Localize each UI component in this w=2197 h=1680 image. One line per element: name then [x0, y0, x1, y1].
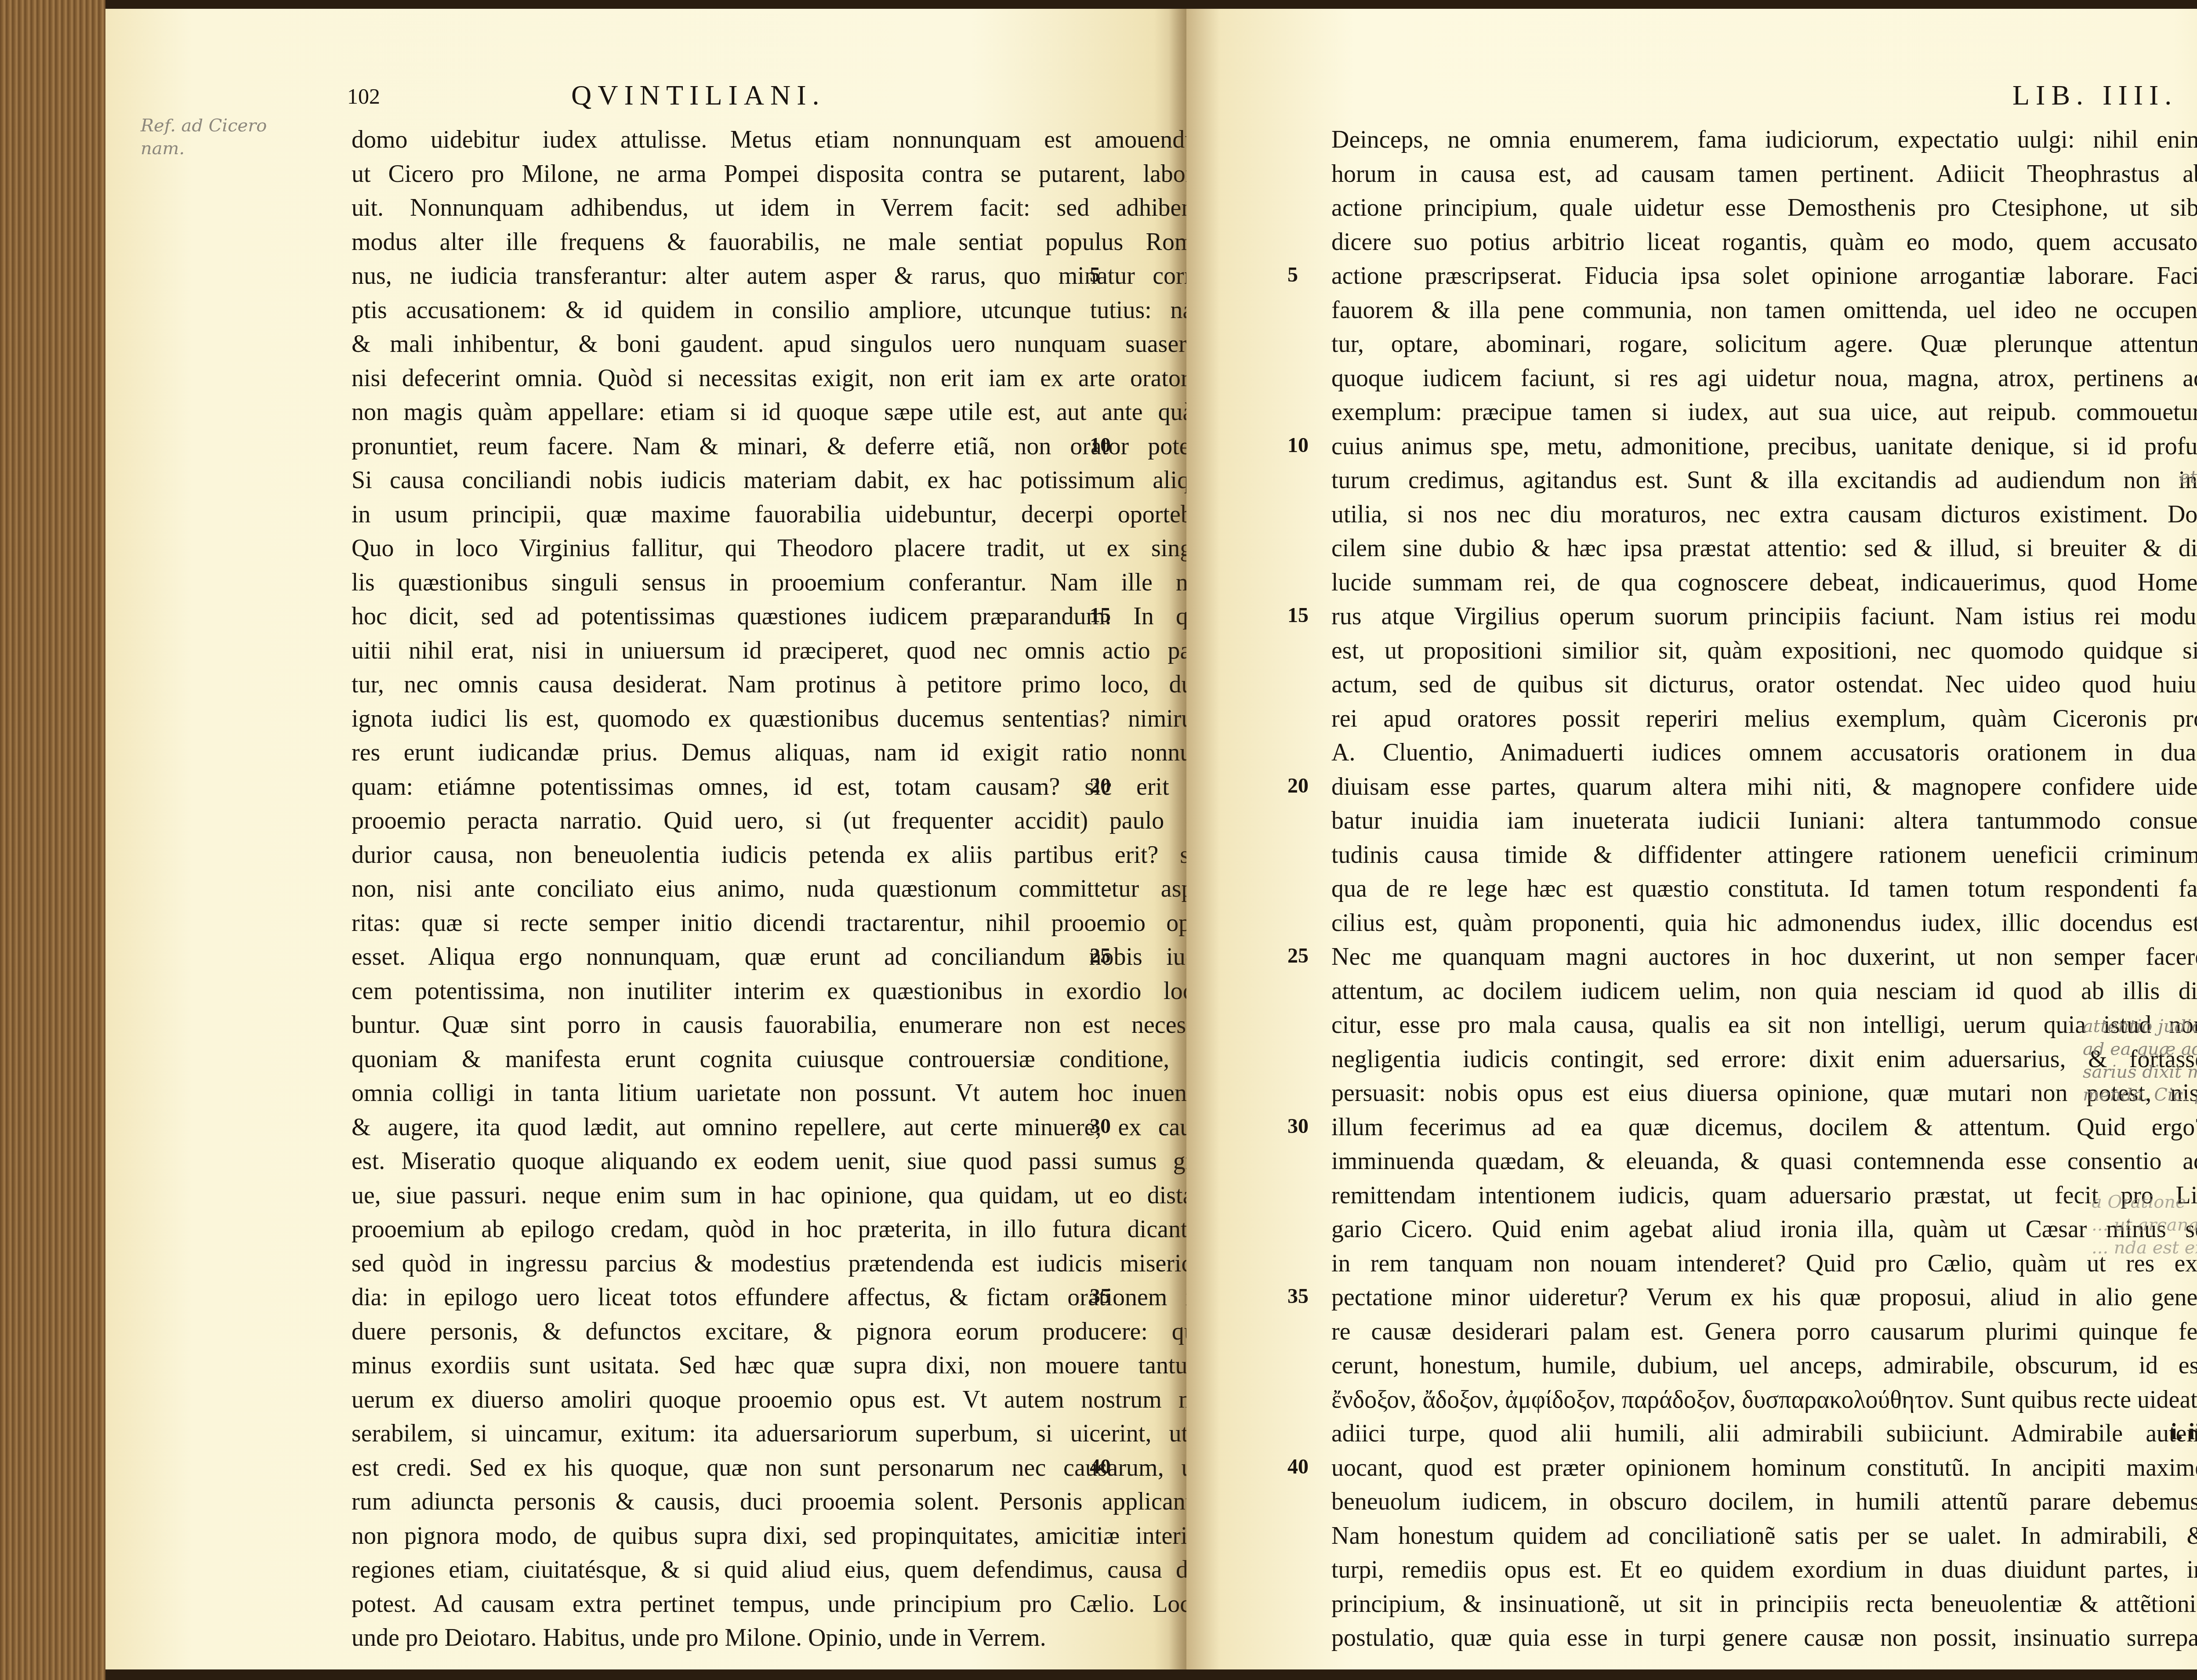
text-line: serabilem, si uincamur, exitum: ita adue… — [352, 1417, 1213, 1451]
text-line: A. Cluentio, Animaduerti iudices omnem a… — [1331, 736, 2197, 770]
text-line: negligentia iudicis contingit, sed error… — [1331, 1043, 2197, 1077]
text-line: ritas: quæ si recte semper initio dicend… — [352, 906, 1213, 941]
text-line: cuius animus spe, metu, admonitione, pre… — [1331, 430, 2197, 464]
text-line: Nec me quanquam magni auctores in hoc du… — [1331, 940, 2197, 974]
text-line: principium, & insinuationẽ, ut sit in pr… — [1331, 1587, 2197, 1622]
text-line: hoc dicit, sed ad potentissimas quæstion… — [352, 600, 1213, 634]
text-line: ptis accusationem: & id quidem in consil… — [352, 293, 1213, 328]
text-line: qua de re lege hæc est quæstio constitut… — [1331, 872, 2197, 906]
text-line: ut Cicero pro Milone, ne arma Pompei dis… — [352, 157, 1213, 192]
text-line: beneuolum iudicem, in obscuro docilem, i… — [1331, 1485, 2197, 1519]
left-page: 102 QVINTILIANI. Ref. ad Cicero nam. dom… — [105, 9, 1186, 1669]
text-line: ἔνδοξον, ἄδοξον, ἀμφίδοξον, παράδοξον, δ… — [1331, 1383, 2197, 1417]
text-line: diuisam esse partes, quarum altera mihi … — [1331, 770, 2197, 804]
text-line: turpi, remediis opus est. Et eo quidem e… — [1331, 1553, 2197, 1587]
text-line: persuasit: nobis opus est eius diuersa o… — [1331, 1076, 2197, 1111]
text-line: attentum, ac docilem iudicem uelim, non … — [1331, 974, 2197, 1009]
line-number: 5 — [1090, 263, 1100, 287]
text-line: ue, siue passuri. neque enim sum in hac … — [352, 1179, 1213, 1213]
text-line: durior causa, non beneuolentia iudicis p… — [352, 838, 1213, 873]
text-line: uocant, quod est præter opinionem hominu… — [1331, 1451, 2197, 1485]
text-line: citur, esse pro mala causa, qualis ea si… — [1331, 1008, 2197, 1043]
right-page: LIB. IIII. 103 Deinceps, ne omnia enumer… — [1186, 9, 2197, 1669]
text-line: est, ut propositioni similior sit, quàm … — [1331, 634, 2197, 668]
line-number: 25 — [1090, 944, 1111, 968]
line-number: 15 — [1287, 603, 1309, 627]
text-line: turum credimus, agitandus est. Sunt & il… — [1331, 463, 2197, 498]
text-line: rum adiuncta personis & causis, duci pro… — [352, 1485, 1213, 1519]
book-spread: 102 QVINTILIANI. Ref. ad Cicero nam. dom… — [0, 0, 2197, 1680]
text-line: potest. Ad causam extra pertinet tempus,… — [352, 1587, 1213, 1622]
line-number: 40 — [1090, 1455, 1111, 1479]
text-line: & augere, ita quod lædit, aut omnino rep… — [352, 1111, 1213, 1145]
line-number: 35 — [1090, 1284, 1111, 1308]
text-line: quoque iudicem faciunt, si res agi uidet… — [1331, 362, 2197, 396]
line-number: 35 — [1287, 1284, 1309, 1308]
line-number: 25 — [1287, 944, 1309, 968]
text-line: actione præscripserat. Fiducia ipsa sole… — [1331, 259, 2197, 293]
text-line: sed quòd in ingressu parcius & modestius… — [352, 1247, 1213, 1281]
line-number: 10 — [1287, 433, 1309, 457]
text-line: lucide summam rei, de qua cognoscere deb… — [1331, 566, 2197, 600]
text-line: quam: etiámne potentissimas omnes, id es… — [352, 770, 1213, 804]
text-line: Nam honestum quidem ad conciliationẽ sat… — [1331, 1519, 2197, 1553]
text-block: Deinceps, ne omnia enumerem, fama iudici… — [1331, 123, 2197, 1655]
text-line: esset. Aliqua ergo nonnunquam, quæ erunt… — [352, 940, 1213, 974]
text-line: in rem tanquam non nouam intenderet? Qui… — [1331, 1247, 2197, 1281]
text-line: uerum ex diuerso amoliri quoque prooemio… — [352, 1383, 1213, 1417]
text-line: in usum principii, quæ maxime fauorabili… — [352, 498, 1213, 532]
text-line: ignota iudici lis est, quomodo ex quæsti… — [352, 702, 1213, 736]
text-line: unde pro Deiotaro. Habitus, unde pro Mil… — [352, 1621, 1213, 1655]
running-head: QVINTILIANI. — [571, 79, 826, 112]
text-line: uit. Nonnunquam adhibendus, ut idem in V… — [352, 191, 1213, 225]
text-line: pectatione minor uideretur? Verum ex his… — [1331, 1281, 2197, 1315]
text-line: uitii nihil erat, nisi in uniuersum id p… — [352, 634, 1213, 668]
text-line: re causæ desiderari palam est. Genera po… — [1331, 1315, 2197, 1349]
text-line: regiones etiam, ciuitatésque, & si quid … — [352, 1553, 1213, 1587]
text-line: postulatio, quæ quia esse in turpi gener… — [1331, 1621, 2197, 1655]
text-line: duere personis, & defunctos excitare, & … — [352, 1315, 1213, 1349]
text-line: est credi. Sed ex his quoque, quæ non su… — [352, 1451, 1213, 1485]
text-line: fauorem & illa pene communia, non tamen … — [1331, 293, 2197, 328]
text-line: cem potentissima, non inutiliter interim… — [352, 974, 1213, 1009]
text-line: cerunt, honestum, humile, dubium, uel an… — [1331, 1349, 2197, 1383]
margin-note: Ref. ad Cicero nam. — [141, 114, 267, 160]
margin-note: et Virgil. — [2179, 466, 2197, 489]
text-line: gario Cicero. Quid enim agebat aliud iro… — [1331, 1213, 2197, 1247]
text-line: utilia, si nos nec diu moraturos, nec ex… — [1331, 498, 2197, 532]
text-line: Quo in loco Virginius fallitur, qui Theo… — [352, 532, 1213, 566]
text-line: actione principium, quale uidetur esse D… — [1331, 191, 2197, 225]
page-number: 102 — [347, 83, 380, 109]
text-line: illum fecerimus ad ea quæ dicemus, docil… — [1331, 1111, 2197, 1145]
text-line: domo uidebitur iudex attulisse. Metus et… — [352, 123, 1213, 157]
text-line: nisi defecerint omnia. Quòd si necessita… — [352, 362, 1213, 396]
text-line: non magis quàm appellare: etiam si id qu… — [352, 395, 1213, 430]
text-line: pronuntiet, reum facere. Nam & minari, &… — [352, 430, 1213, 464]
margin-note: attentio judicis ad ea quæ aduer- sarius… — [2083, 1015, 2197, 1106]
text-line: cilius est, quàm proponenti, quia hic ad… — [1331, 906, 2197, 941]
text-line: tur, nec omnis causa desiderat. Nam prot… — [352, 668, 1213, 702]
page-edges-left — [0, 0, 105, 1680]
line-number: 20 — [1287, 774, 1309, 798]
text-line: quoniam & manifesta erunt cognita cuiusq… — [352, 1043, 1213, 1077]
text-line: horum in causa est, ad causam tamen pert… — [1331, 157, 2197, 192]
text-line: batur inuidia iam inueterata iudicii Iun… — [1331, 804, 2197, 838]
text-line: dia: in epilogo uero liceat totos effund… — [352, 1281, 1213, 1315]
text-line: modus alter ille frequens & fauorabilis,… — [352, 225, 1213, 260]
text-line: lis quæstionibus singuli sensus in prooe… — [352, 566, 1213, 600]
text-line: exemplum: præcipue tamen si iudex, aut s… — [1331, 395, 2197, 430]
text-line: buntur. Quæ sint porro in causis fauorab… — [352, 1008, 1213, 1043]
signature-mark: i. ii. — [2171, 1419, 2197, 1445]
text-block: domo uidebitur iudex attulisse. Metus et… — [352, 123, 1213, 1655]
text-line: minus exordiis sunt usitata. Sed hæc quæ… — [352, 1349, 1213, 1383]
line-number: 40 — [1287, 1455, 1309, 1479]
line-number: 30 — [1287, 1114, 1309, 1138]
running-head: LIB. IIII. — [2012, 79, 2178, 112]
line-number: 30 — [1090, 1114, 1111, 1138]
text-line: non pignora modo, de quibus supra dixi, … — [352, 1519, 1213, 1553]
line-number: 10 — [1090, 433, 1111, 457]
text-line: dicere suo potius arbitrio liceat rogant… — [1331, 225, 2197, 260]
line-number: 15 — [1090, 603, 1111, 627]
line-number: 5 — [1287, 263, 1298, 287]
text-line: imminuenda quædam, & eleuanda, & quasi c… — [1331, 1144, 2197, 1179]
text-line: omnia colligi in tanta litium uarietate … — [352, 1076, 1213, 1111]
text-line: tur, optare, abominari, rogare, solicitu… — [1331, 327, 2197, 362]
text-line: res erunt iudicandæ prius. Demus aliquas… — [352, 736, 1213, 770]
text-line: Si causa conciliandi nobis iudicis mater… — [352, 463, 1213, 498]
text-line: & mali inhibentur, & boni gaudent. apud … — [352, 327, 1213, 362]
text-line: prooemium ab epilogo credam, quòd in hoc… — [352, 1213, 1213, 1247]
text-line: tudinis causa timide & diffidenter attin… — [1331, 838, 2197, 873]
text-line: actum, sed de quibus sit dicturus, orato… — [1331, 668, 2197, 702]
line-number: 20 — [1090, 774, 1111, 798]
text-line: cilem sine dubio & hæc ipsa præstat atte… — [1331, 532, 2197, 566]
margin-note: a Oratione ... ut arcana ... nda est exo… — [2092, 1191, 2197, 1259]
text-line: rei apud oratores possit reperiri melius… — [1331, 702, 2197, 736]
text-line: est. Miseratio quoque aliquando ex eodem… — [352, 1144, 1213, 1179]
text-line: nus, ne iudicia transferantur: alter aut… — [352, 259, 1213, 293]
text-line: Deinceps, ne omnia enumerem, fama iudici… — [1331, 123, 2197, 157]
text-line: remittendam intentionem iudicis, quam ad… — [1331, 1179, 2197, 1213]
text-line: rus atque Virgilius operum suorum princi… — [1331, 600, 2197, 634]
text-line: non, nisi ante conciliato eius animo, nu… — [352, 872, 1213, 906]
text-line: adiici turpe, quod alii humili, alii adm… — [1331, 1417, 2197, 1451]
text-line: prooemio peracta narratio. Quid uero, si… — [352, 804, 1213, 838]
